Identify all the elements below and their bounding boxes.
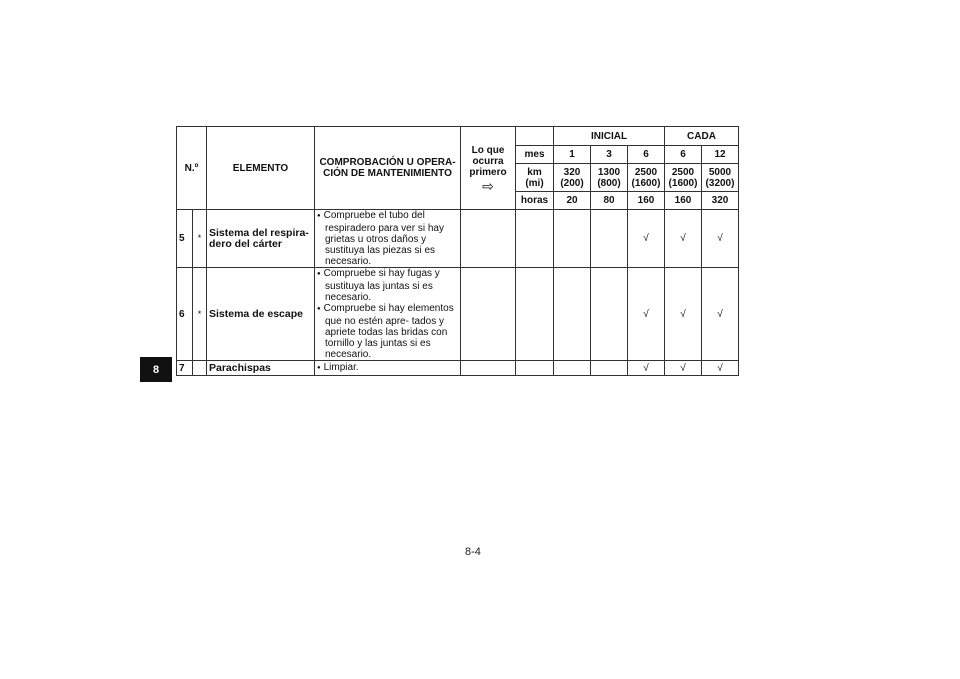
row-first-blank bbox=[461, 361, 516, 376]
row-star: * bbox=[193, 268, 207, 361]
check-mark: √ bbox=[665, 361, 702, 376]
operation-item: Limpiar. bbox=[317, 362, 458, 375]
interval-km: 1300 (800) bbox=[591, 164, 628, 192]
row-first-blank bbox=[461, 268, 516, 361]
row-unit-blank bbox=[516, 268, 554, 361]
header-element: ELEMENTO bbox=[207, 127, 315, 210]
interval-km: 5000 (3200) bbox=[702, 164, 739, 192]
interval-month: 1 bbox=[554, 146, 591, 164]
row-element: Sistema del respira- dero del cárter bbox=[207, 210, 315, 268]
check-mark bbox=[554, 268, 591, 361]
operation-list: Limpiar. bbox=[317, 362, 458, 375]
interval-km: 2500 (1600) bbox=[628, 164, 665, 192]
table-row: 5*Sistema del respira- dero del cárterCo… bbox=[177, 210, 739, 268]
table-row: 6*Sistema de escapeCompruebe si hay fuga… bbox=[177, 268, 739, 361]
row-number: 7 bbox=[177, 361, 193, 376]
interval-month: 12 bbox=[702, 146, 739, 164]
check-mark: √ bbox=[628, 268, 665, 361]
row-first-blank bbox=[461, 210, 516, 268]
row-unit-blank bbox=[516, 210, 554, 268]
unit-km: km (mi) bbox=[516, 164, 554, 192]
header-first-label: Lo que ocurra primero bbox=[469, 145, 506, 178]
operation-item: Compruebe si hay elementos que no estén … bbox=[317, 303, 458, 360]
row-number: 5 bbox=[177, 210, 193, 268]
row-operation: Compruebe el tubo del respiradero para v… bbox=[315, 210, 461, 268]
check-mark: √ bbox=[665, 210, 702, 268]
operation-list: Compruebe si hay fugas y sustituya las j… bbox=[317, 268, 458, 360]
row-operation: Limpiar. bbox=[315, 361, 461, 376]
check-mark: √ bbox=[702, 361, 739, 376]
operation-item: Compruebe el tubo del respiradero para v… bbox=[317, 210, 458, 267]
row-element: Sistema de escape bbox=[207, 268, 315, 361]
interval-hours: 80 bbox=[591, 192, 628, 210]
arrow-right-icon: ⇨ bbox=[463, 181, 513, 192]
unit-hours: horas bbox=[516, 192, 554, 210]
interval-hours: 20 bbox=[554, 192, 591, 210]
check-mark bbox=[554, 210, 591, 268]
check-mark bbox=[591, 268, 628, 361]
header-no: N.º bbox=[177, 127, 207, 210]
row-unit-blank bbox=[516, 361, 554, 376]
interval-hours: 160 bbox=[628, 192, 665, 210]
check-mark: √ bbox=[702, 268, 739, 361]
interval-hours: 160 bbox=[665, 192, 702, 210]
header-every: CADA bbox=[665, 127, 739, 146]
row-number: 6 bbox=[177, 268, 193, 361]
page-number: 8-4 bbox=[465, 546, 481, 558]
check-mark: √ bbox=[665, 268, 702, 361]
header-initial: INICIAL bbox=[554, 127, 665, 146]
interval-km: 320 (200) bbox=[554, 164, 591, 192]
interval-month: 6 bbox=[665, 146, 702, 164]
operation-item: Compruebe si hay fugas y sustituya las j… bbox=[317, 268, 458, 303]
section-tab: 8 bbox=[140, 357, 172, 382]
row-star bbox=[193, 361, 207, 376]
header-first: Lo que ocurra primero ⇨ bbox=[461, 127, 516, 210]
unit-month: mes bbox=[516, 146, 554, 164]
header-blank bbox=[516, 127, 554, 146]
interval-km: 2500 (1600) bbox=[665, 164, 702, 192]
row-element: Parachispas bbox=[207, 361, 315, 376]
interval-hours: 320 bbox=[702, 192, 739, 210]
row-operation: Compruebe si hay fugas y sustituya las j… bbox=[315, 268, 461, 361]
interval-month: 3 bbox=[591, 146, 628, 164]
check-mark bbox=[554, 361, 591, 376]
maintenance-table: N.º ELEMENTO COMPROBACIÓN U OPERA- CIÓN … bbox=[176, 126, 739, 376]
check-mark: √ bbox=[702, 210, 739, 268]
interval-month: 6 bbox=[628, 146, 665, 164]
row-star: * bbox=[193, 210, 207, 268]
header-operation: COMPROBACIÓN U OPERA- CIÓN DE MANTENIMIE… bbox=[315, 127, 461, 210]
operation-list: Compruebe el tubo del respiradero para v… bbox=[317, 210, 458, 267]
check-mark: √ bbox=[628, 361, 665, 376]
check-mark bbox=[591, 361, 628, 376]
table-row: 7ParachispasLimpiar.√√√ bbox=[177, 361, 739, 376]
check-mark bbox=[591, 210, 628, 268]
check-mark: √ bbox=[628, 210, 665, 268]
